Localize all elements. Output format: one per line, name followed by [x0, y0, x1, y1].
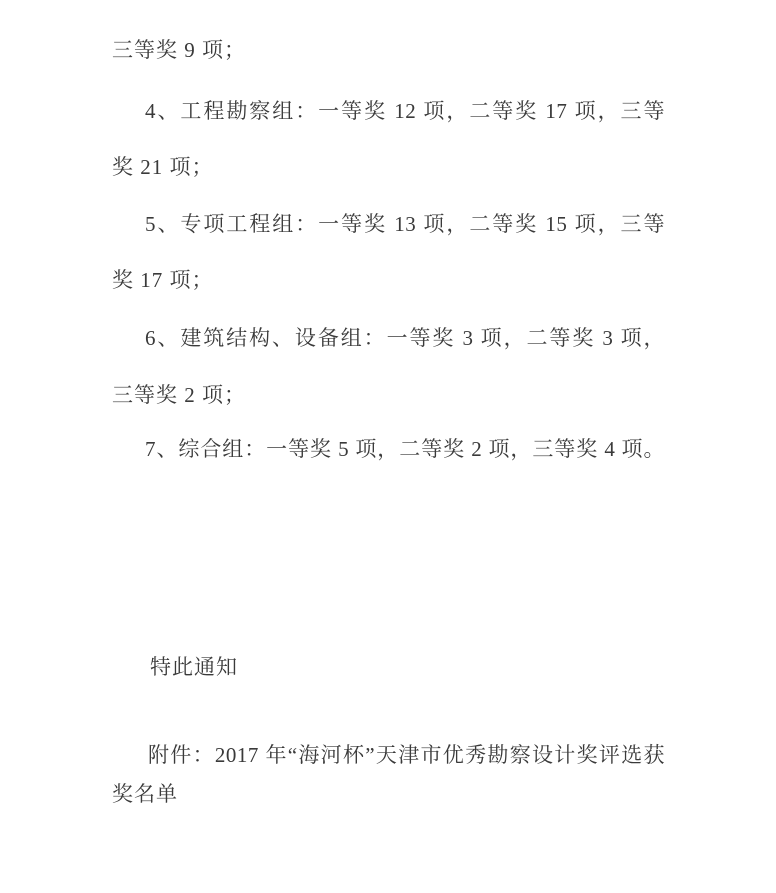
text-line-continuation: 奖 17 项；: [112, 268, 214, 292]
text-line-item-6: 6、建筑结构、设备组：一等奖 3 项，二等奖 3 项，: [145, 326, 665, 350]
text-line-continuation: 奖名单: [112, 782, 178, 806]
text-line-item-5: 5、专项工程组：一等奖 13 项，二等奖 15 项，三等: [145, 212, 665, 236]
text-line-item-7: 7、综合组：一等奖 5 项，二等奖 2 项，三等奖 4 项。: [145, 437, 665, 461]
document-page: 三等奖 9 项； 4、工程勘察组：一等奖 12 项，二等奖 17 项，三等 奖 …: [0, 0, 776, 893]
text-line-notice-closing: 特此通知: [150, 655, 238, 679]
text-line-continuation: 三等奖 9 项；: [112, 38, 246, 62]
text-line-continuation: 奖 21 项；: [112, 155, 214, 179]
text-line-item-4: 4、工程勘察组：一等奖 12 项，二等奖 17 项，三等: [145, 99, 665, 123]
text-line-attachment: 附件：2017 年“海河杯”天津市优秀勘察设计奖评选获: [148, 743, 665, 767]
text-line-continuation: 三等奖 2 项；: [112, 383, 246, 407]
